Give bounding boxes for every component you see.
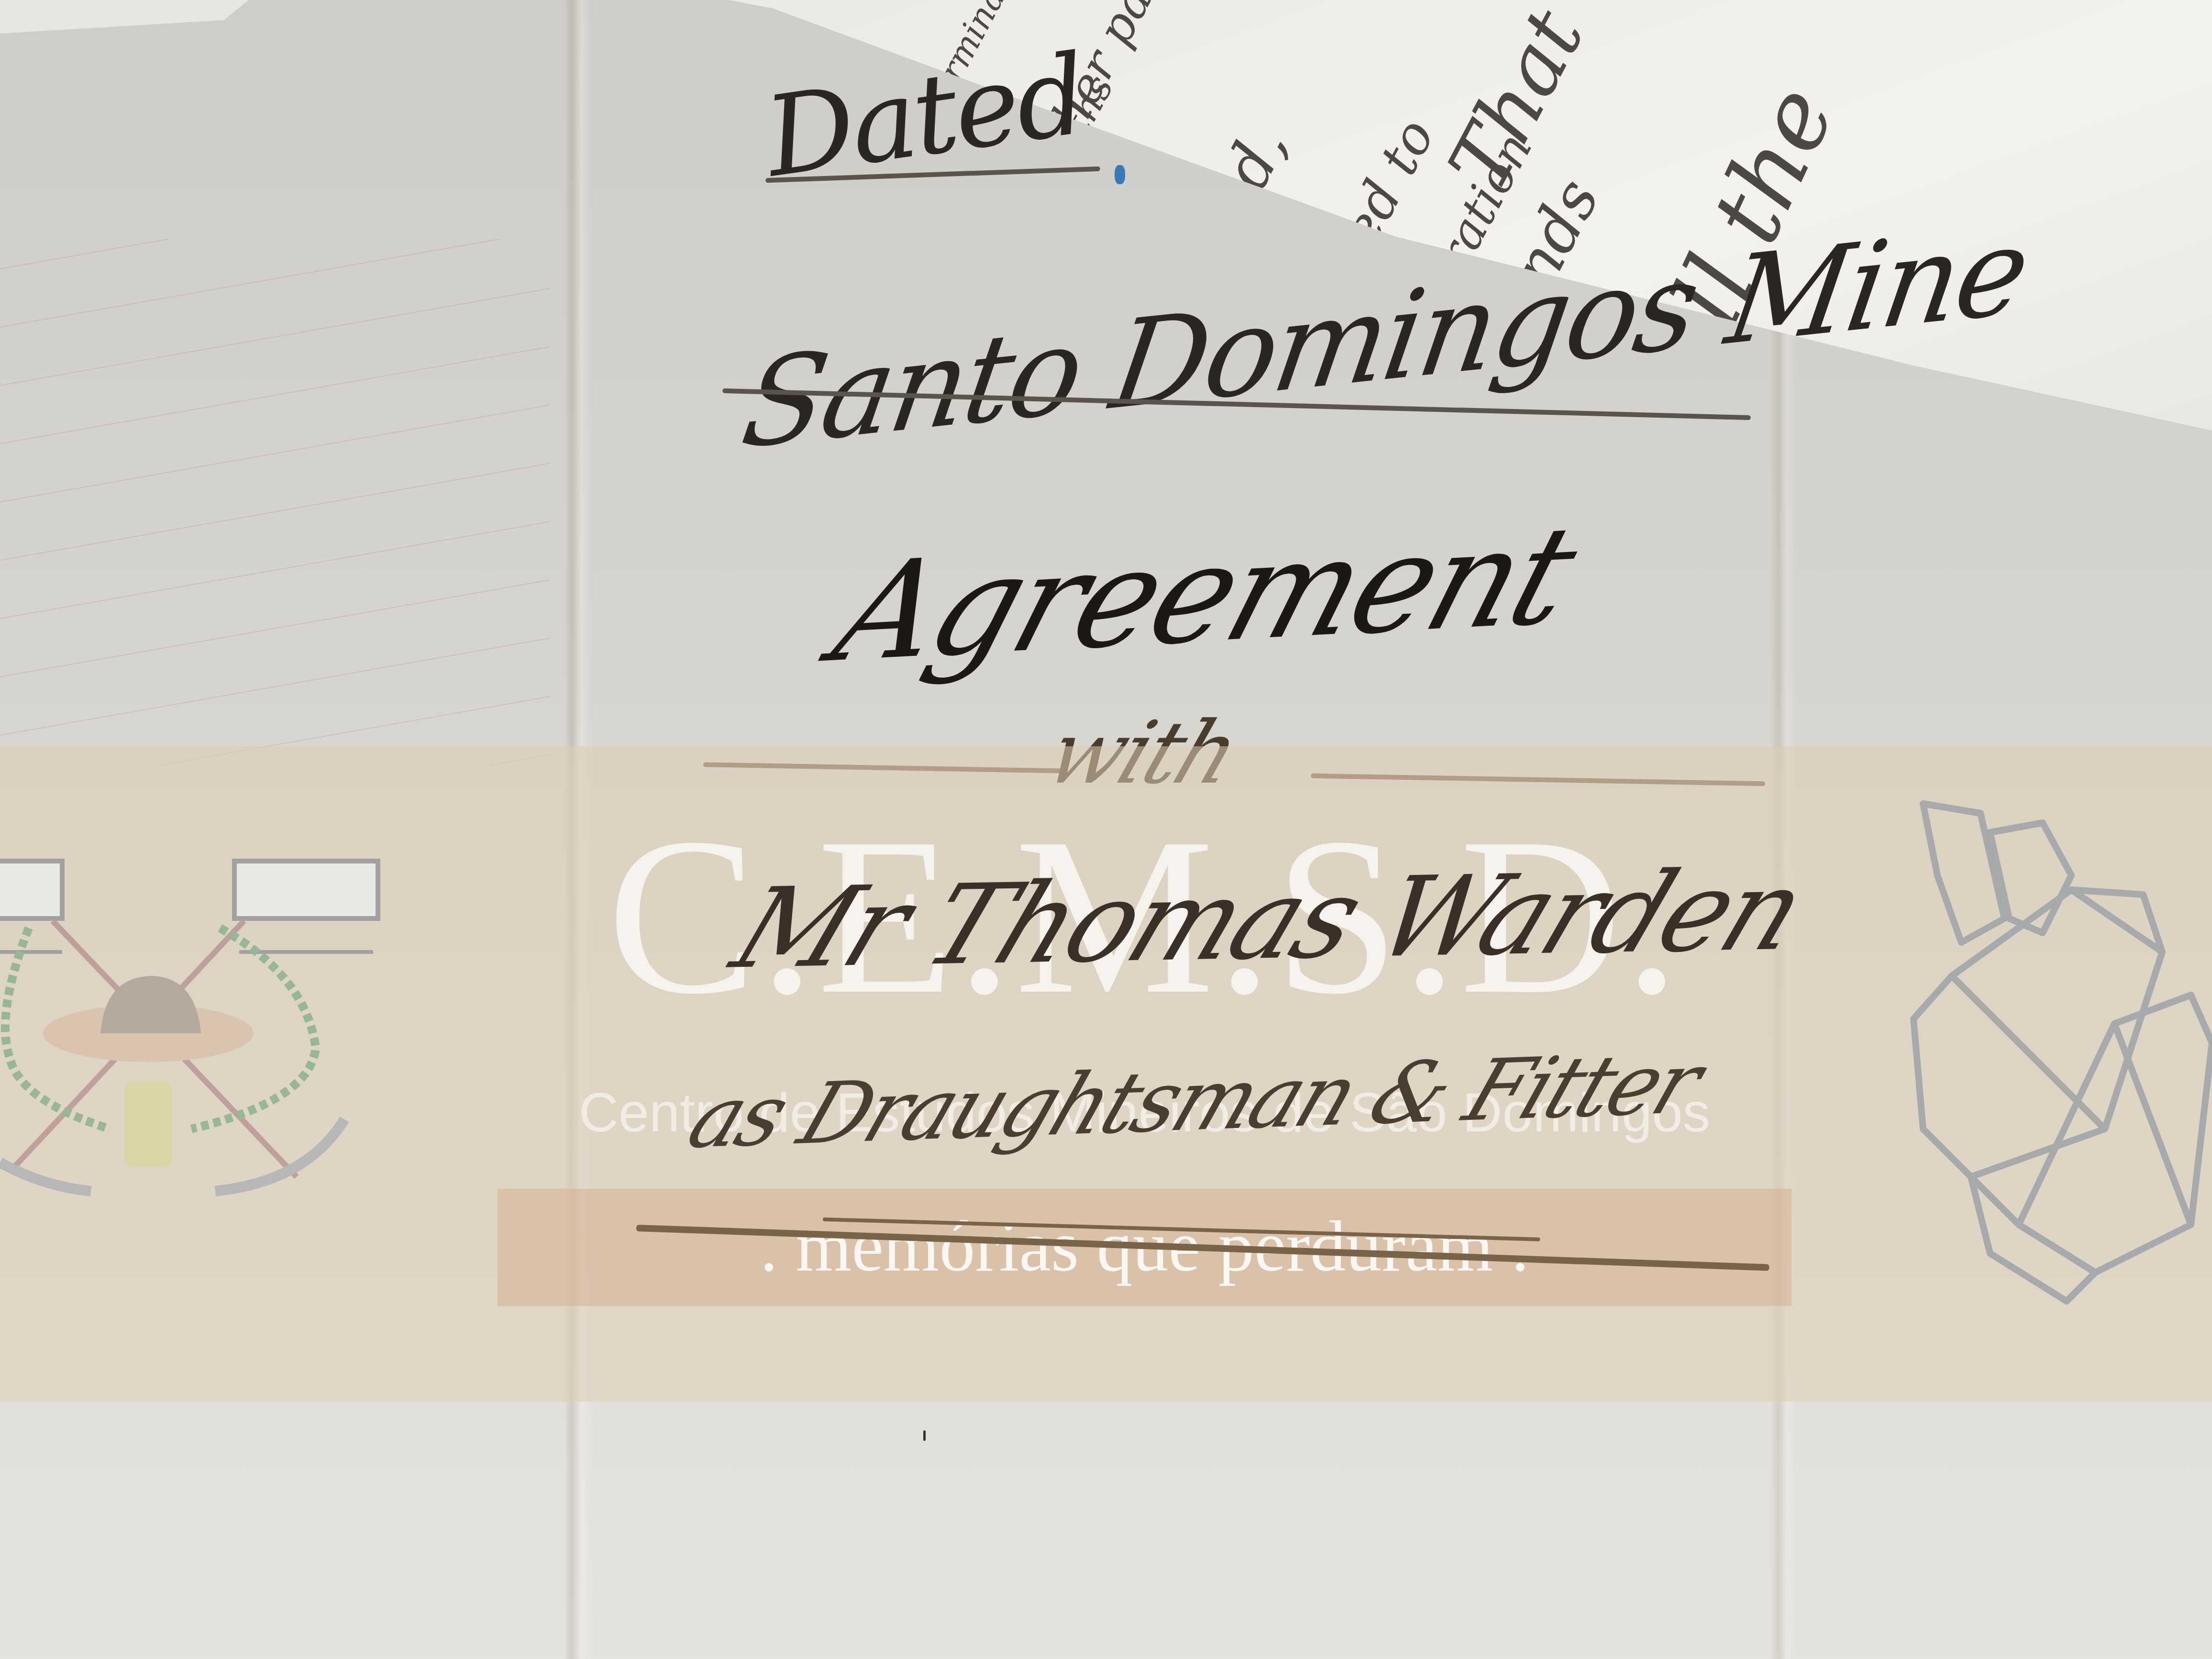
mining-crest-icon [0,832,383,1311]
ink-speck [923,1430,926,1441]
faded-background-writing [0,239,550,765]
blue-pin-mark [1115,165,1125,184]
crystal-cluster-icon [1894,794,2212,1344]
party-name: Mr Thomas Warden [717,847,1821,994]
